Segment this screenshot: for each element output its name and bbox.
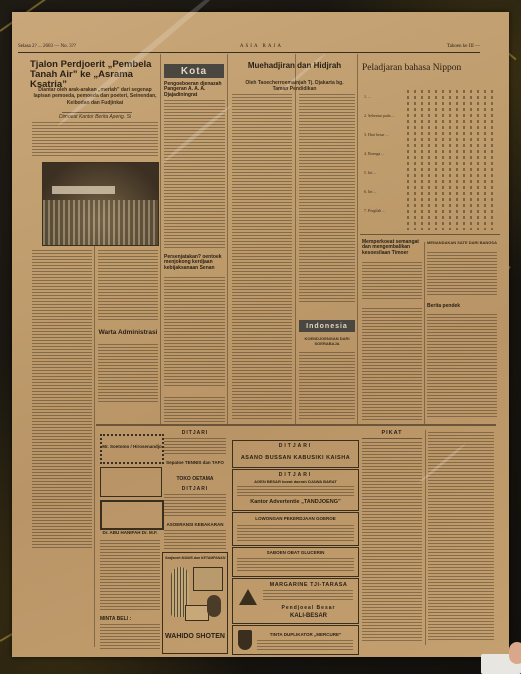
lesson-item: 1. ... [364,94,404,99]
lesson-item: 4. Boenga ... [364,151,404,156]
article-body [98,250,158,320]
article-body [32,250,92,550]
notice-box: Mr. Soetomo / Hirosenandjo [100,434,164,464]
minta-beli-title: MINTA BELI : [100,616,131,622]
warta-headline: Warta Administrasi [98,330,158,337]
muhajiran-headline: Muehadjiran dan Hidjrah [232,62,357,70]
column-rule [94,237,95,647]
article-body [164,277,225,387]
saboen-ad: SABOEN OBAT GLUCERIN [232,547,359,577]
lead-headline: Tjalon Perdjoerit „Pembela Tanah Air” ke… [30,60,160,90]
triangle-logo-icon [239,589,257,605]
kota-headline: Pengoeboeran djenazah Pangeran A. A. A. … [164,82,226,98]
ad-text [164,530,226,550]
section-badge-indonesia: Indonesia [299,320,355,332]
article-body [362,262,422,300]
divider [360,234,500,235]
divider [362,438,422,439]
divider [62,112,132,113]
article-body [362,308,422,420]
article-body [362,442,422,642]
parade-photo [42,162,159,246]
product-box [193,567,223,591]
lead-subhead: Diantar oleh arak-arakan „meriah” dari s… [32,87,158,106]
article-body [164,397,225,422]
tennis-ad-title: Sepatoe TENNIS dan TAFO [164,460,226,465]
lesson-item: 2. Sebentar pada ... [364,113,404,118]
article-body [299,352,355,420]
lead-dateline: Dimoeat Kantor Berita Apeng. Si [32,114,158,120]
column-rule [160,54,161,424]
product-box [185,605,209,621]
toko-ad-title: TOKO OETAMA [164,476,226,482]
lesson-item: 7. Pergilah ... [364,208,404,213]
indonesia-headline: KOENDJOENGAN DARI SOERABAJA [299,336,355,346]
shield-emblem-icon [238,630,252,650]
kebakaran-ad-title: ASOERANSI KEBAKARAN [164,522,226,527]
article-body [232,94,292,419]
lesson-item: 6. Ini ... [364,189,404,194]
masthead: Selasa 2? ... 2603 — No. 3?? ASIA RAJA T… [18,44,480,53]
article-body [32,122,158,158]
ditjari-2-ad-title: DITJARI [164,486,226,492]
notice-box-2 [100,467,162,497]
finger [509,642,521,664]
classified-text [100,540,160,610]
column-rule [425,430,426,645]
pikat-heading: PIKAT [362,430,422,436]
nippon-headline: Peladjaran bahasa Nippon [362,64,502,74]
ads-divider [96,424,496,426]
menandakan-headline: MENANDAKAN SATE DARI BANGSA [427,240,497,245]
column-rule [227,54,228,424]
masthead-volume: Tahoen ke III — [447,44,480,52]
masthead-date: Selasa 2? ... 2603 — No. 3?? [18,44,76,52]
man-illustration [207,595,221,617]
memperkoeat-headline: Memperkoeat semangat dan mengembalikan k… [362,240,422,256]
column-rule [357,54,358,424]
article-body [164,100,225,250]
lesson-item: 5. Ini ... [364,170,404,175]
newspaper-page: Selasa 2? ... 2603 — No. 3?? ASIA RAJA T… [12,12,509,657]
article-body [299,94,355,304]
classified-text [100,624,160,649]
ditjari-ad-title: DITJARI [164,430,226,436]
article-body [98,344,158,404]
wahido-shoten-ad: Sedjaoeh MANIS dan KETAMPANAN WAHIDO SHO… [162,552,228,654]
section-badge-kota: Kota [164,64,224,78]
article-body [428,432,494,642]
hanafiah-ad-title: Dr. ABU HANIFAH Dr. M.F. [98,530,162,535]
muhajiran-byline: Oleh Taoecherroemainjah Tj. Djakarta bg.… [237,80,352,93]
margarine-ad: MARGARINE TJI-TARASA Pendjoeal Besar KAL… [232,578,359,624]
persenjakaan-headline: Persenjatakan? oentoek menjokong kerdjaa… [164,255,226,271]
article-body [427,314,497,419]
berita-pendek-headline: Berita pendek [427,304,497,309]
ad-text [164,494,226,516]
lowongan-ad: LOWONGAN PEKERDJAAN GOEROE [232,512,359,546]
column-rule [295,54,296,424]
article-body [427,252,497,297]
masthead-title: ASIA RAJA [240,44,283,52]
japanese-characters-table [407,90,497,230]
column-rule [424,242,425,424]
notice-box-3 [100,500,164,530]
lesson-item: 3. Hari besar ... [364,132,404,137]
ad-text [164,438,226,454]
agen-ad: DITJARI AGEN BESAR boeat daerah DJAWA BA… [232,469,359,511]
asano-ad: DITJARI ASANO BUSSAN KABUSIKI KAISHA [232,440,359,468]
tinta-ad: TINTA DUPLIKATOR „MERCURE” [232,625,359,655]
